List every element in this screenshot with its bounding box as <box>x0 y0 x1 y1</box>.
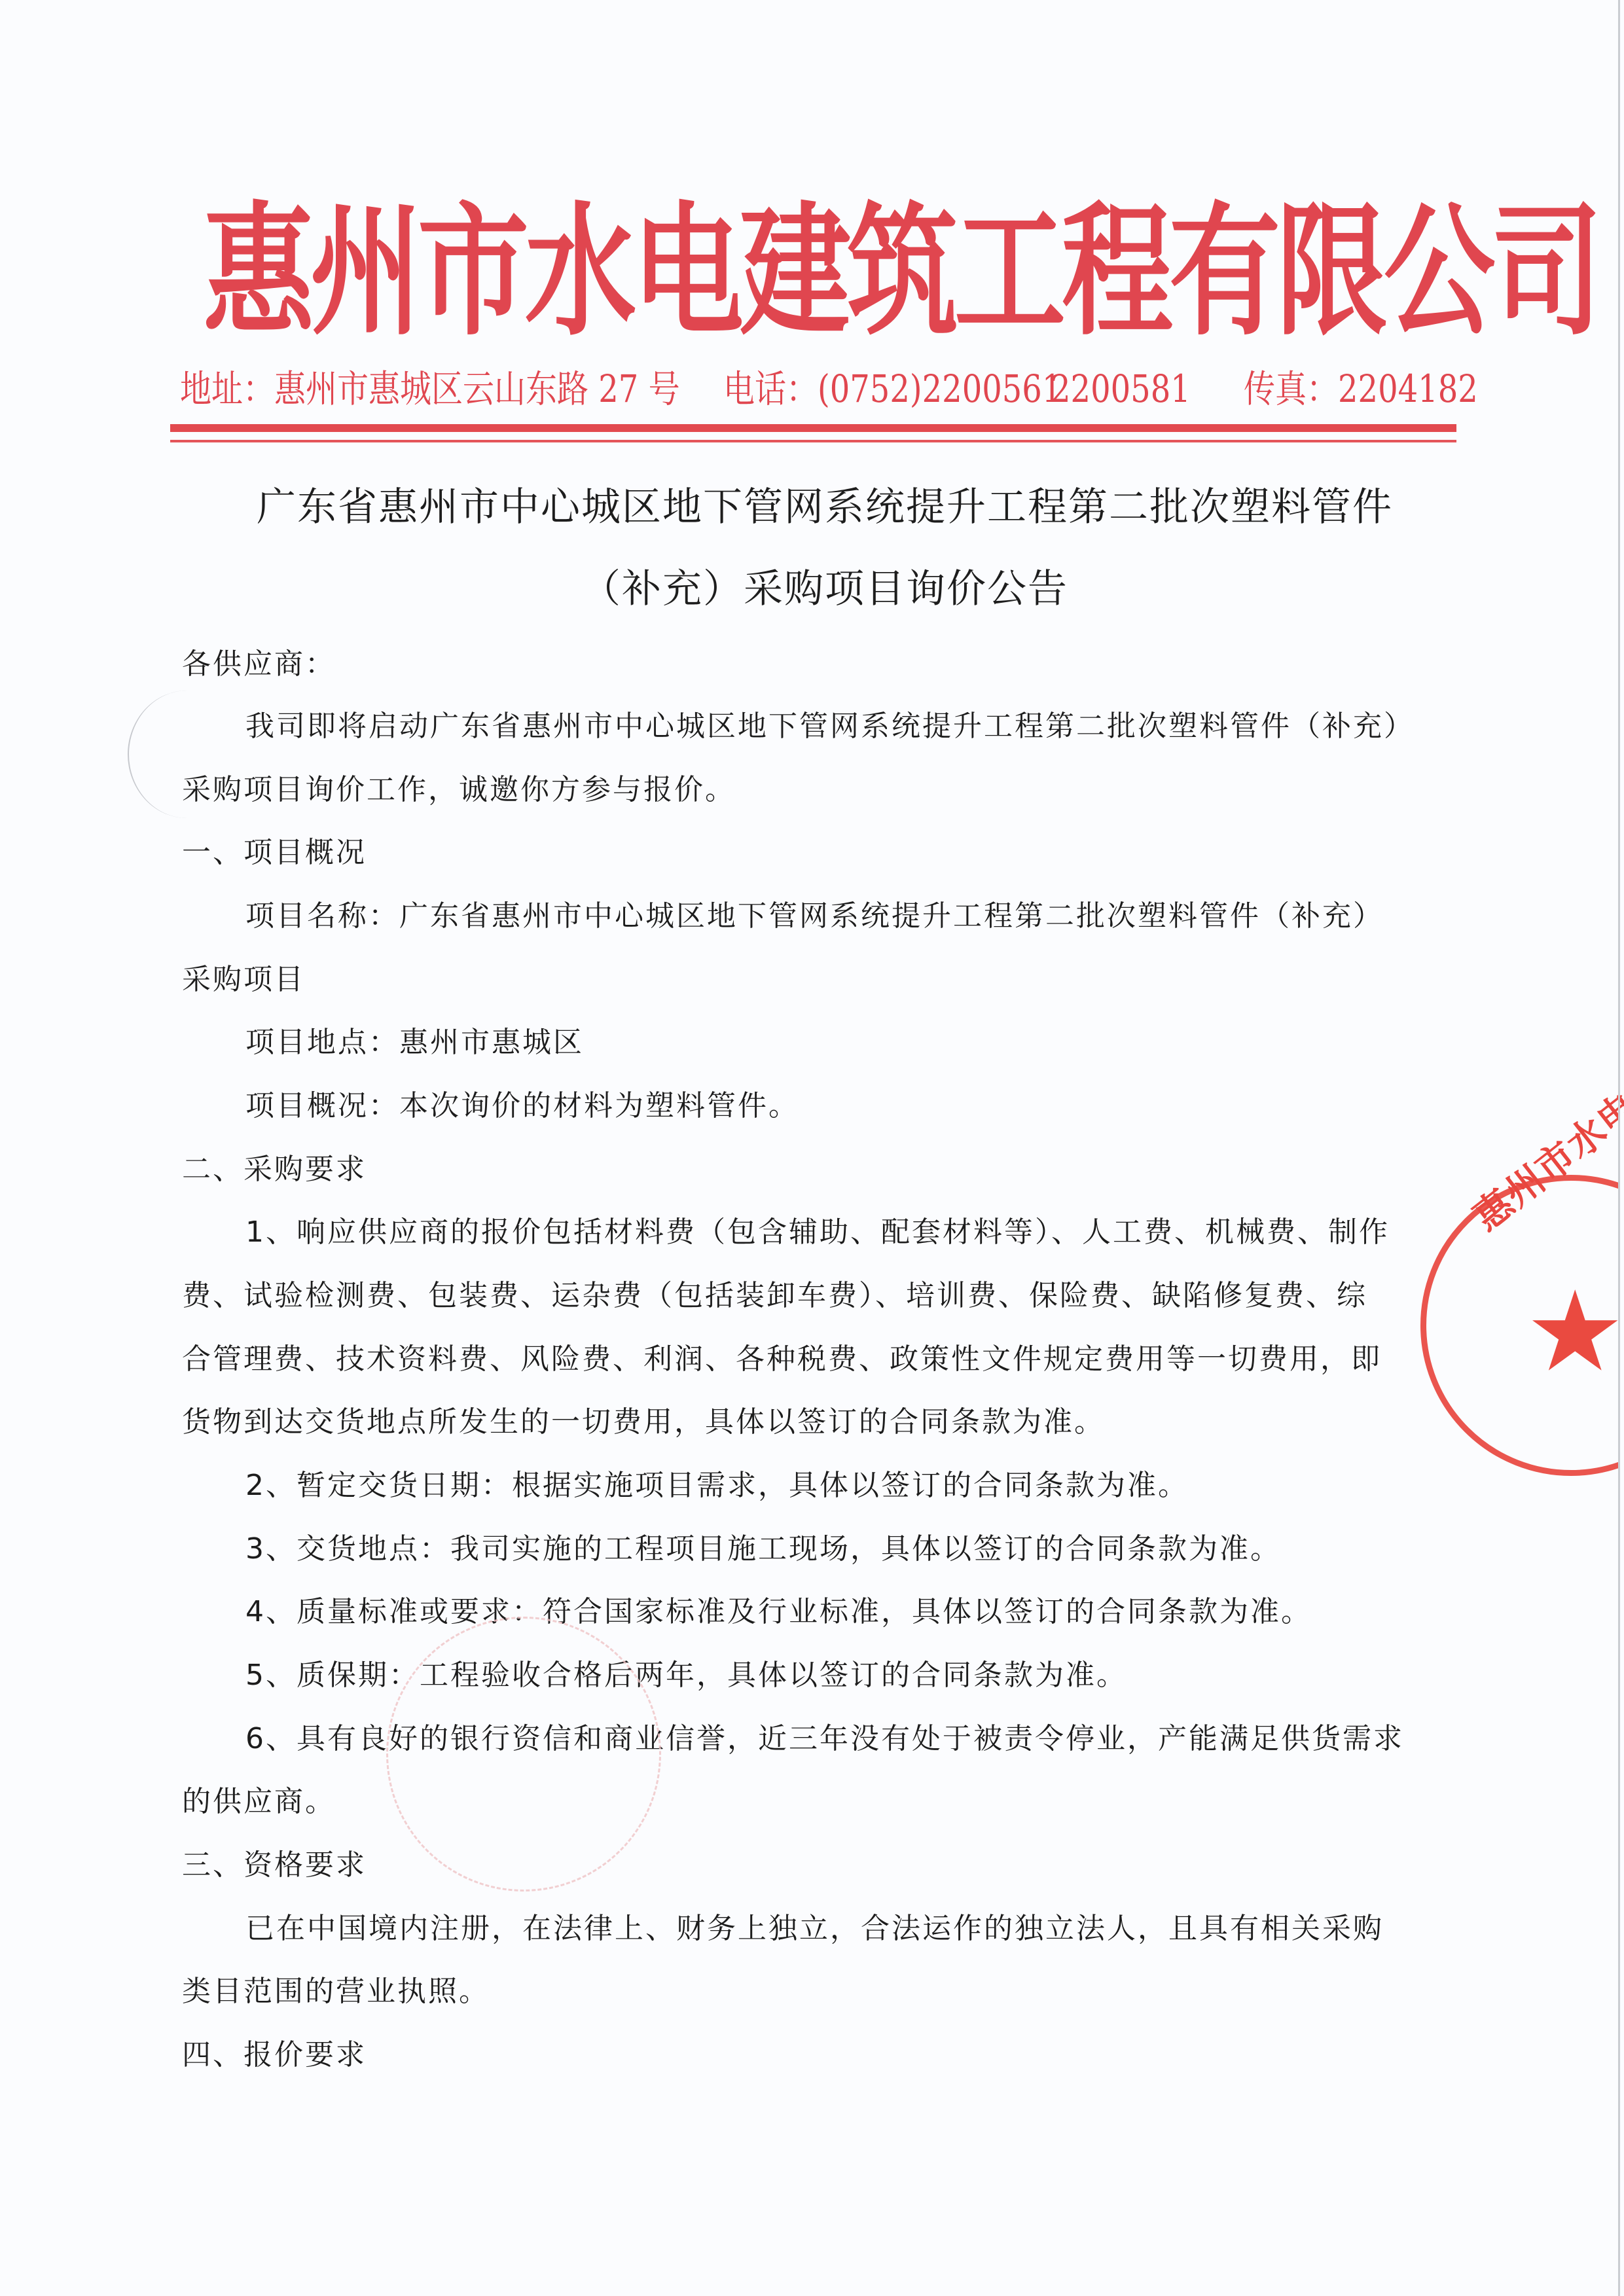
letterhead-rule-thin <box>170 440 1456 442</box>
letterhead-phone2: 2200581 <box>1051 362 1191 417</box>
letterhead-phone: 电话：(0752)2200561 <box>723 362 1062 417</box>
section-line: 费、试验检测费、包装费、运杂费（包括装卸车费）、培训费、保险费、缺陷修复费、综 <box>182 1276 1458 1316</box>
section-line: 项目地点：惠州市惠城区 <box>245 1023 1522 1062</box>
section-heading: 二、采购要求 <box>182 1150 1458 1189</box>
section-heading: 一、项目概况 <box>182 833 1458 872</box>
letterhead-fax: 传真：2204182 <box>1244 362 1478 417</box>
star-icon: ★ <box>1525 1276 1624 1388</box>
section-line: 项目名称：广东省惠州市中心城区地下管网系统提升工程第二批次塑料管件（补充） <box>245 897 1522 936</box>
section-line: 类目范围的营业执照。 <box>182 1972 1458 2011</box>
section-line: 1、响应供应商的报价包括材料费（包含辅助、配套材料等）、人工费、机械费、制作 <box>245 1213 1522 1252</box>
section-line: 采购项目 <box>182 960 1458 999</box>
section-line: 4、质量标准或要求：符合国家标准及行业标准，具体以签订的合同条款为准。 <box>245 1592 1522 1632</box>
section-line: 项目概况：本次询价的材料为塑料管件。 <box>245 1086 1522 1126</box>
page-edge-overlay <box>1618 0 1620 2296</box>
section-heading: 三、资格要求 <box>182 1846 1458 1885</box>
faded-stamp-impression <box>386 1617 661 1892</box>
letterhead-contact: 地址：惠州市惠城区云山东路 27 号 电话：(0752)2200561 2200… <box>180 362 1463 417</box>
section-line: 货物到达交货地点所发生的一切费用，具体以签订的合同条款为准。 <box>182 1403 1458 1442</box>
intro-line: 我司即将启动广东省惠州市中心城区地下管网系统提升工程第二批次塑料管件（补充） <box>245 707 1522 746</box>
document-title-line1: 广东省惠州市中心城区地下管网系统提升工程第二批次塑料管件 <box>183 481 1466 533</box>
letterhead-address: 地址：惠州市惠城区云山东路 27 号 <box>180 362 680 417</box>
section-line: 的供应商。 <box>182 1782 1458 1821</box>
salutation: 各供应商： <box>182 645 1458 684</box>
section-line: 合管理费、技术资料费、风险费、利润、各种税费、政策性文件规定费用等一切费用，即 <box>182 1340 1458 1379</box>
section-line: 2、暂定交货日期：根据实施项目需求，具体以签订的合同条款为准。 <box>245 1466 1522 1505</box>
section-line: 已在中国境内注册，在法律上、财务上独立，合法运作的独立法人，且具有相关采购 <box>245 1909 1522 1948</box>
letterhead-company-name: 惠州市水电建筑工程有限公司 <box>203 175 1434 368</box>
intro-line: 采购项目询价工作，诚邀你方参与报价。 <box>182 770 1458 810</box>
section-heading: 四、报价要求 <box>182 2036 1458 2075</box>
section-line: 3、交货地点：我司实施的工程项目施工现场，具体以签订的合同条款为准。 <box>245 1530 1522 1569</box>
letterhead-rule-thick <box>170 424 1456 432</box>
document-title-line2: （补充）采购项目询价公告 <box>183 563 1466 615</box>
